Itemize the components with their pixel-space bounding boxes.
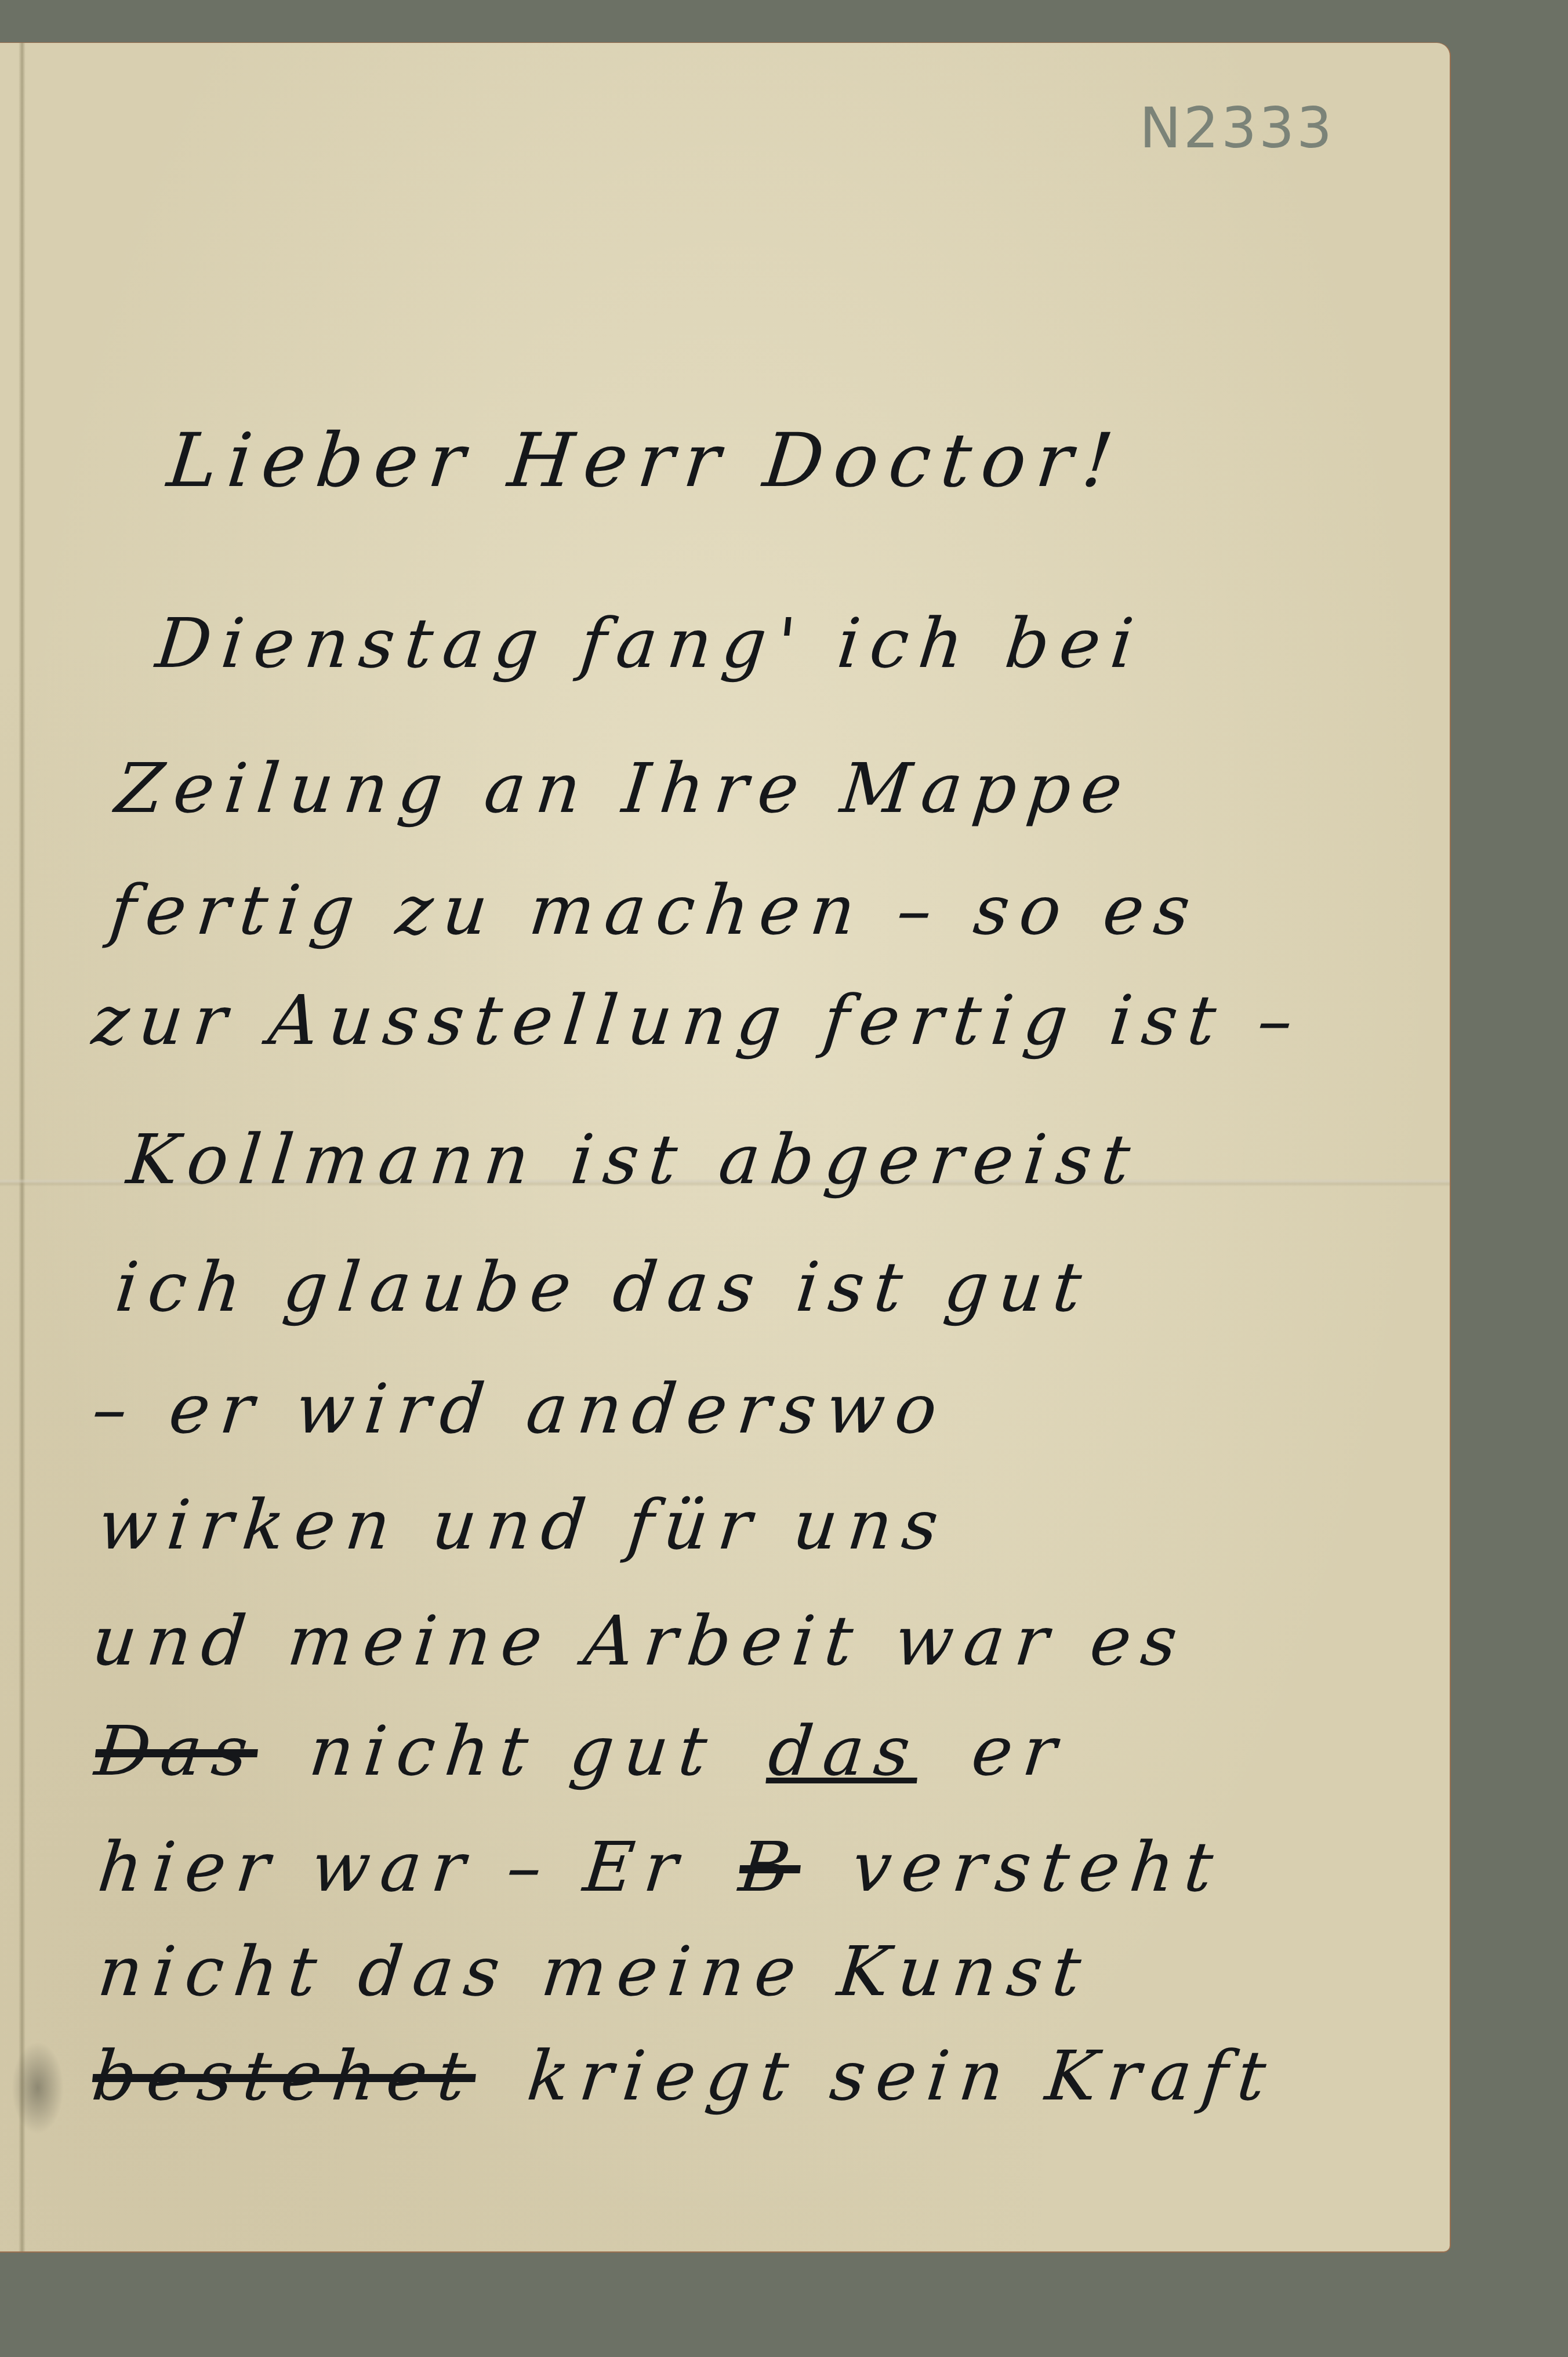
struck-word: Das <box>92 1711 262 1791</box>
letter-line: ich glaube das ist gut <box>112 1247 1095 1327</box>
struck-word: bestehet <box>89 2036 480 2116</box>
letter-line: und meine Arbeit war es <box>89 1601 1192 1681</box>
struck-word: B <box>736 1827 805 1907</box>
letter-line: bestehetkriegt sein Kraft <box>89 2036 1333 2116</box>
letter-line: fertig zu machen – so es <box>106 870 1204 950</box>
letter-line: – er wird anderswo <box>89 1369 952 1449</box>
letter-words: kriegt sein Kraft <box>524 2036 1280 2116</box>
letter-words: hier war – Er <box>95 1827 692 1907</box>
paper-fold-vertical <box>19 43 26 2251</box>
underlined-word: das <box>765 1711 924 1791</box>
letter-line: Zeilung an Ihre Mappe <box>112 748 1137 828</box>
salutation: Lieber Herr Doctor! <box>164 418 1127 504</box>
letter-line: Kollmann ist abgereist <box>124 1119 1144 1199</box>
letter-words: er <box>968 1711 1070 1791</box>
letter-line: wirken und für uns <box>95 1485 953 1565</box>
letter-words: versteht <box>848 1827 1227 1907</box>
ink-smudge <box>12 2041 64 2134</box>
letter-line: Dienstag fang' ich bei <box>153 603 1148 683</box>
archive-number: N2333 <box>1139 96 1334 161</box>
letter-line: nicht das meine Kunst <box>95 1931 1095 2011</box>
letter-line: hier war – ErBversteht <box>95 1827 1279 1907</box>
letter-line: Dasnicht gutdaser <box>92 1711 1123 1791</box>
letter-words: nicht gut <box>306 1711 721 1791</box>
letter-line: zur Ausstellung fertig ist – <box>89 980 1307 1060</box>
